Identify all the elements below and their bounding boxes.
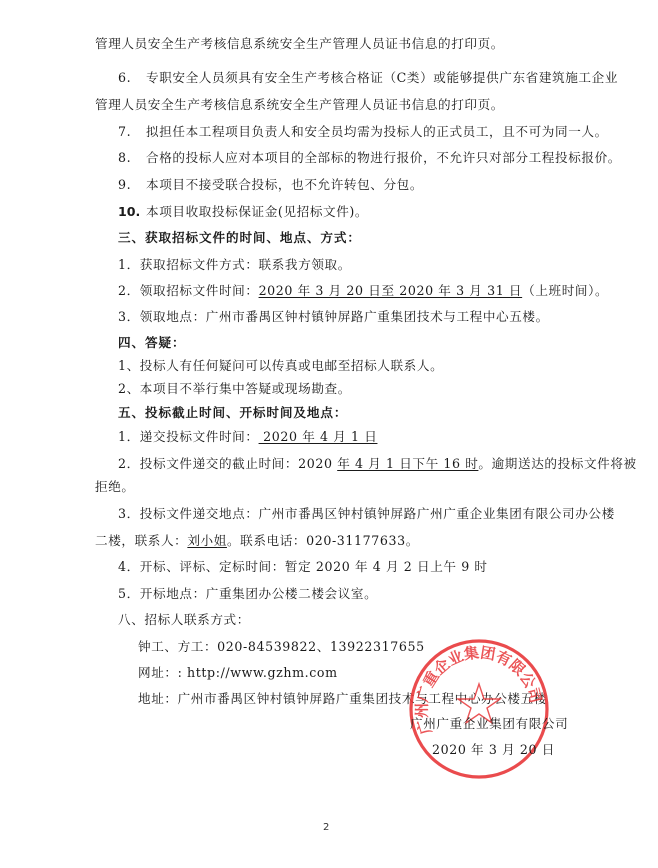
item-label: 2．领取招标文件时间： bbox=[118, 283, 259, 298]
section5-item-4: 4．开标、评标、定标时间：暂定 2020 年 4 月 2 日上午 9 时 bbox=[118, 559, 488, 575]
section3-item-1: 1．获取招标文件方式：联系我方领取。 bbox=[118, 257, 351, 273]
submission-date: 2020 年 4 月 1 日 bbox=[259, 429, 378, 444]
section4-item-2: 2、本项目不举行集中答疑或现场勘查。 bbox=[118, 381, 351, 397]
item-text: 本项目不接受联合投标，也不允许转包、分包。 bbox=[146, 177, 423, 192]
list-item-10: 10.本项目收取投标保证金(见招标文件)。 bbox=[118, 204, 368, 220]
item-number: 7. bbox=[118, 124, 146, 140]
item-text: 拟担任本工程项目负责人和安全员均需为投标人的正式员工，且不可为同一人。 bbox=[146, 124, 608, 139]
paragraph-line: 管理人员安全生产考核信息系统安全生产管理人员证书信息的打印页。 bbox=[95, 36, 504, 52]
section5-item-1: 1．递交投标文件时间： 2020 年 4 月 1 日 bbox=[118, 429, 377, 445]
paragraph-line: 管理人员安全生产考核信息系统安全生产管理人员证书信息的打印页。 bbox=[95, 97, 504, 113]
item-number: 9. bbox=[118, 177, 146, 193]
section3-item-2: 2．领取招标文件时间：2020 年 3 月 20 日至 2020 年 3 月 3… bbox=[118, 283, 608, 299]
item-suffix: 。逾期送达的投标文件将被 bbox=[478, 456, 636, 471]
company-seal-icon: 广州广重企业集团有限公司 bbox=[406, 636, 552, 782]
section-heading-8: 八、招标人联系方式： bbox=[118, 612, 250, 628]
contact-name: 刘小姐 bbox=[187, 533, 227, 548]
item-number: 8. bbox=[118, 150, 146, 166]
section5-item-2: 2．投标文件递交的截止时间：2020 年 4 月 1 日下午 16 时。逾期送达… bbox=[118, 456, 637, 472]
item-label: 1．递交投标文件时间： bbox=[118, 429, 259, 444]
item-number: 10. bbox=[118, 204, 146, 220]
paragraph-line: 拒绝。 bbox=[95, 479, 135, 495]
signature-company: 广州广重企业集团有限公司 bbox=[410, 716, 568, 732]
page-number: 2 bbox=[323, 822, 329, 833]
document-page: 管理人员安全生产考核信息系统安全生产管理人员证书信息的打印页。 6.专职安全人员… bbox=[0, 0, 658, 868]
list-item-7: 7.拟担任本工程项目负责人和安全员均需为投标人的正式员工，且不可为同一人。 bbox=[118, 124, 608, 140]
phone-text: 。联系电话：020-31177633。 bbox=[227, 533, 419, 548]
list-item-8: 8.合格的投标人应对本项目的全部标的物进行报价，不允许只对部分工程投标报价。 bbox=[118, 150, 621, 166]
item-text: 合格的投标人应对本项目的全部标的物进行报价，不允许只对部分工程投标报价。 bbox=[146, 150, 621, 165]
item-text: 本项目收取投标保证金(见招标文件)。 bbox=[146, 204, 368, 219]
section5-item-5: 5．开标地点：广重集团办公楼二楼会议室。 bbox=[118, 586, 377, 602]
section4-item-1: 1、投标人有任何疑问可以传真或电邮至招标人联系人。 bbox=[118, 358, 443, 374]
website: 网址：: http://www.gzhm.com bbox=[138, 665, 338, 681]
section-heading-5: 五、投标截止时间、开标时间及地点： bbox=[118, 405, 347, 421]
section5-item-3: 3．投标文件递交地点：广州市番禺区钟村镇钟屏路广州广重企业集团有限公司办公楼 bbox=[118, 506, 615, 522]
section3-item-3: 3．领取地点：广州市番禺区钟村镇钟屏路广重集团技术与工程中心五楼。 bbox=[118, 309, 549, 325]
contact-phones: 钟工、方工：020-84539822、13922317655 bbox=[138, 639, 425, 655]
item-label: 2．投标文件递交的截止时间：2020 bbox=[118, 456, 337, 471]
item-text: 专职安全人员须具有安全生产考核合格证（C类）或能够提供广东省建筑施工企业 bbox=[146, 70, 618, 85]
signature-date: 2020 年 3 月 20 日 bbox=[432, 742, 555, 758]
list-item-6: 6.专职安全人员须具有安全生产考核合格证（C类）或能够提供广东省建筑施工企业 bbox=[118, 70, 618, 86]
list-item-9: 9.本项目不接受联合投标，也不允许转包、分包。 bbox=[118, 177, 423, 193]
item-label: 二楼，联系人： bbox=[95, 533, 187, 548]
deadline: 年 4 月 1 日下午 16 时 bbox=[337, 456, 478, 471]
section5-item-3-cont: 二楼，联系人：刘小姐。联系电话：020-31177633。 bbox=[95, 533, 419, 549]
item-suffix: （上班时间）。 bbox=[522, 283, 608, 298]
section-heading-3: 三、获取招标文件的时间、地点、方式： bbox=[118, 230, 361, 246]
item-number: 6. bbox=[118, 70, 146, 86]
date-range: 2020 年 3 月 20 日至 2020 年 3 月 31 日 bbox=[259, 283, 523, 298]
section-heading-4: 四、答疑： bbox=[118, 335, 185, 351]
